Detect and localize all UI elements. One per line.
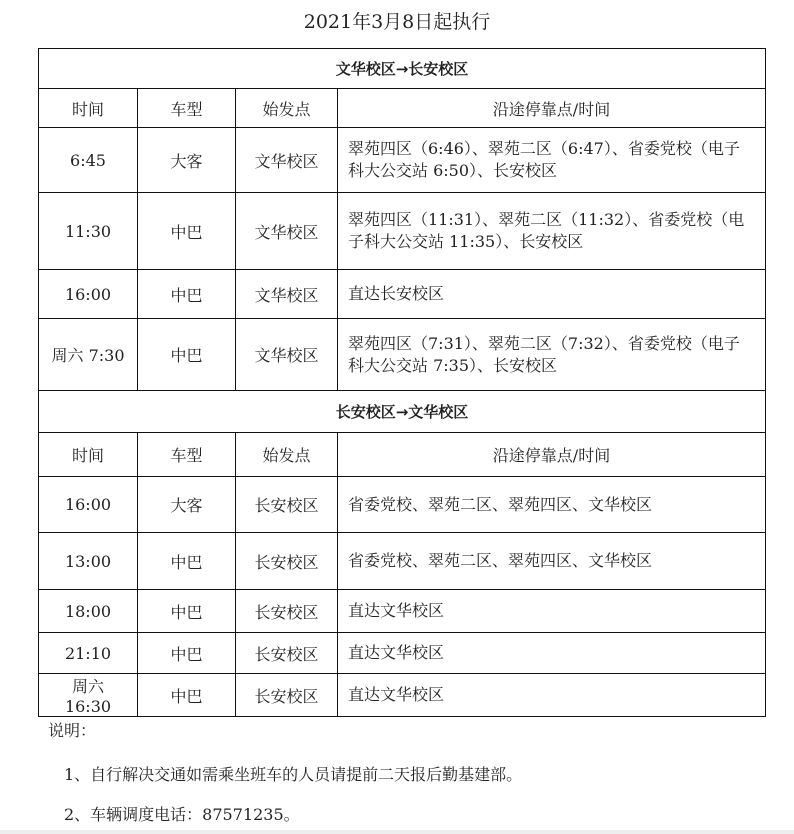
cell-origin: 文华校区 [236, 319, 338, 391]
cell-vehicle: 大客 [138, 477, 236, 533]
cell-stops: 直达长安校区 [338, 270, 766, 319]
table-row: 周六 7:30 中巴 文华校区 翠苑四区（7:31）、翠苑二区（7:32）、省委… [39, 319, 766, 391]
cell-vehicle: 大客 [138, 128, 236, 193]
cell-time: 21:10 [39, 633, 138, 674]
cell-origin: 长安校区 [236, 633, 338, 674]
cell-vehicle: 中巴 [138, 674, 236, 717]
cell-origin: 文华校区 [236, 270, 338, 319]
cell-stops: 直达文华校区 [338, 590, 766, 633]
cell-stops: 翠苑四区（7:31）、翠苑二区（7:32）、省委党校（电子科大公交站 7:35）… [338, 319, 766, 391]
table-row: 16:00 大客 长安校区 省委党校、翠苑二区、翠苑四区、文华校区 [39, 477, 766, 533]
table-row: 周六16:30 中巴 长安校区 直达文华校区 [39, 674, 766, 717]
header-stops: 沿途停靠点/时间 [338, 433, 766, 477]
column-header-row: 时间 车型 始发点 沿途停靠点/时间 [39, 433, 766, 477]
table-row: 13:00 中巴 长安校区 省委党校、翠苑二区、翠苑四区、文华校区 [39, 533, 766, 590]
cell-time: 6:45 [39, 128, 138, 193]
cell-time: 18:00 [39, 590, 138, 633]
cell-vehicle: 中巴 [138, 590, 236, 633]
cell-vehicle: 中巴 [138, 270, 236, 319]
cell-stops: 翠苑四区（6:46）、翠苑二区（6:47）、省委党校（电子科大公交站 6:50）… [338, 128, 766, 193]
cell-origin: 文华校区 [236, 193, 338, 270]
table-row: 18:00 中巴 长安校区 直达文华校区 [39, 590, 766, 633]
header-time: 时间 [39, 89, 138, 128]
cell-time: 13:00 [39, 533, 138, 590]
cell-origin: 长安校区 [236, 674, 338, 717]
section-title: 长安校区→文华校区 [39, 391, 766, 433]
cell-time: 11:30 [39, 193, 138, 270]
page-title: 2021年3月8日起执行 [0, 8, 794, 36]
cell-time: 周六 7:30 [39, 319, 138, 391]
header-vehicle: 车型 [138, 89, 236, 128]
section-title: 文华校区→长安校区 [39, 49, 766, 89]
notes-section: 说明： 1、自行解决交通如需乘坐班车的人员请提前二天报后勤基建部。 2、车辆调度… [48, 716, 768, 826]
table-row: 21:10 中巴 长安校区 直达文华校区 [39, 633, 766, 674]
bus-schedule-table: 文华校区→长安校区 时间 车型 始发点 沿途停靠点/时间 6:45 大客 文华校… [38, 48, 766, 717]
cell-stops: 省委党校、翠苑二区、翠苑四区、文华校区 [338, 533, 766, 590]
section-header-wenhua-to-changan: 文华校区→长安校区 [39, 49, 766, 89]
cell-vehicle: 中巴 [138, 193, 236, 270]
cell-origin: 长安校区 [236, 533, 338, 590]
cell-origin: 长安校区 [236, 590, 338, 633]
note-item: 1、自行解决交通如需乘坐班车的人员请提前二天报后勤基建部。 [48, 764, 768, 786]
cell-stops: 翠苑四区（11:31）、翠苑二区（11:32）、省委党校（电子科大公交站 11:… [338, 193, 766, 270]
section-header-changan-to-wenhua: 长安校区→文华校区 [39, 391, 766, 433]
table-row: 6:45 大客 文华校区 翠苑四区（6:46）、翠苑二区（6:47）、省委党校（… [39, 128, 766, 193]
table-row: 16:00 中巴 文华校区 直达长安校区 [39, 270, 766, 319]
bottom-divider [0, 830, 794, 834]
header-time: 时间 [39, 433, 138, 477]
header-stops: 沿途停靠点/时间 [338, 89, 766, 128]
cell-stops: 省委党校、翠苑二区、翠苑四区、文华校区 [338, 477, 766, 533]
cell-time: 周六16:30 [39, 674, 138, 717]
note-item: 2、车辆调度电话：87571235。 [48, 804, 768, 826]
cell-time: 16:00 [39, 270, 138, 319]
header-origin: 始发点 [236, 89, 338, 128]
header-origin: 始发点 [236, 433, 338, 477]
table-row: 11:30 中巴 文华校区 翠苑四区（11:31）、翠苑二区（11:32）、省委… [39, 193, 766, 270]
cell-stops: 直达文华校区 [338, 674, 766, 717]
header-vehicle: 车型 [138, 433, 236, 477]
notes-label: 说明： [48, 716, 768, 746]
column-header-row: 时间 车型 始发点 沿途停靠点/时间 [39, 89, 766, 128]
cell-vehicle: 中巴 [138, 533, 236, 590]
cell-origin: 长安校区 [236, 477, 338, 533]
cell-vehicle: 中巴 [138, 633, 236, 674]
cell-vehicle: 中巴 [138, 319, 236, 391]
cell-time: 16:00 [39, 477, 138, 533]
cell-stops: 直达文华校区 [338, 633, 766, 674]
cell-origin: 文华校区 [236, 128, 338, 193]
